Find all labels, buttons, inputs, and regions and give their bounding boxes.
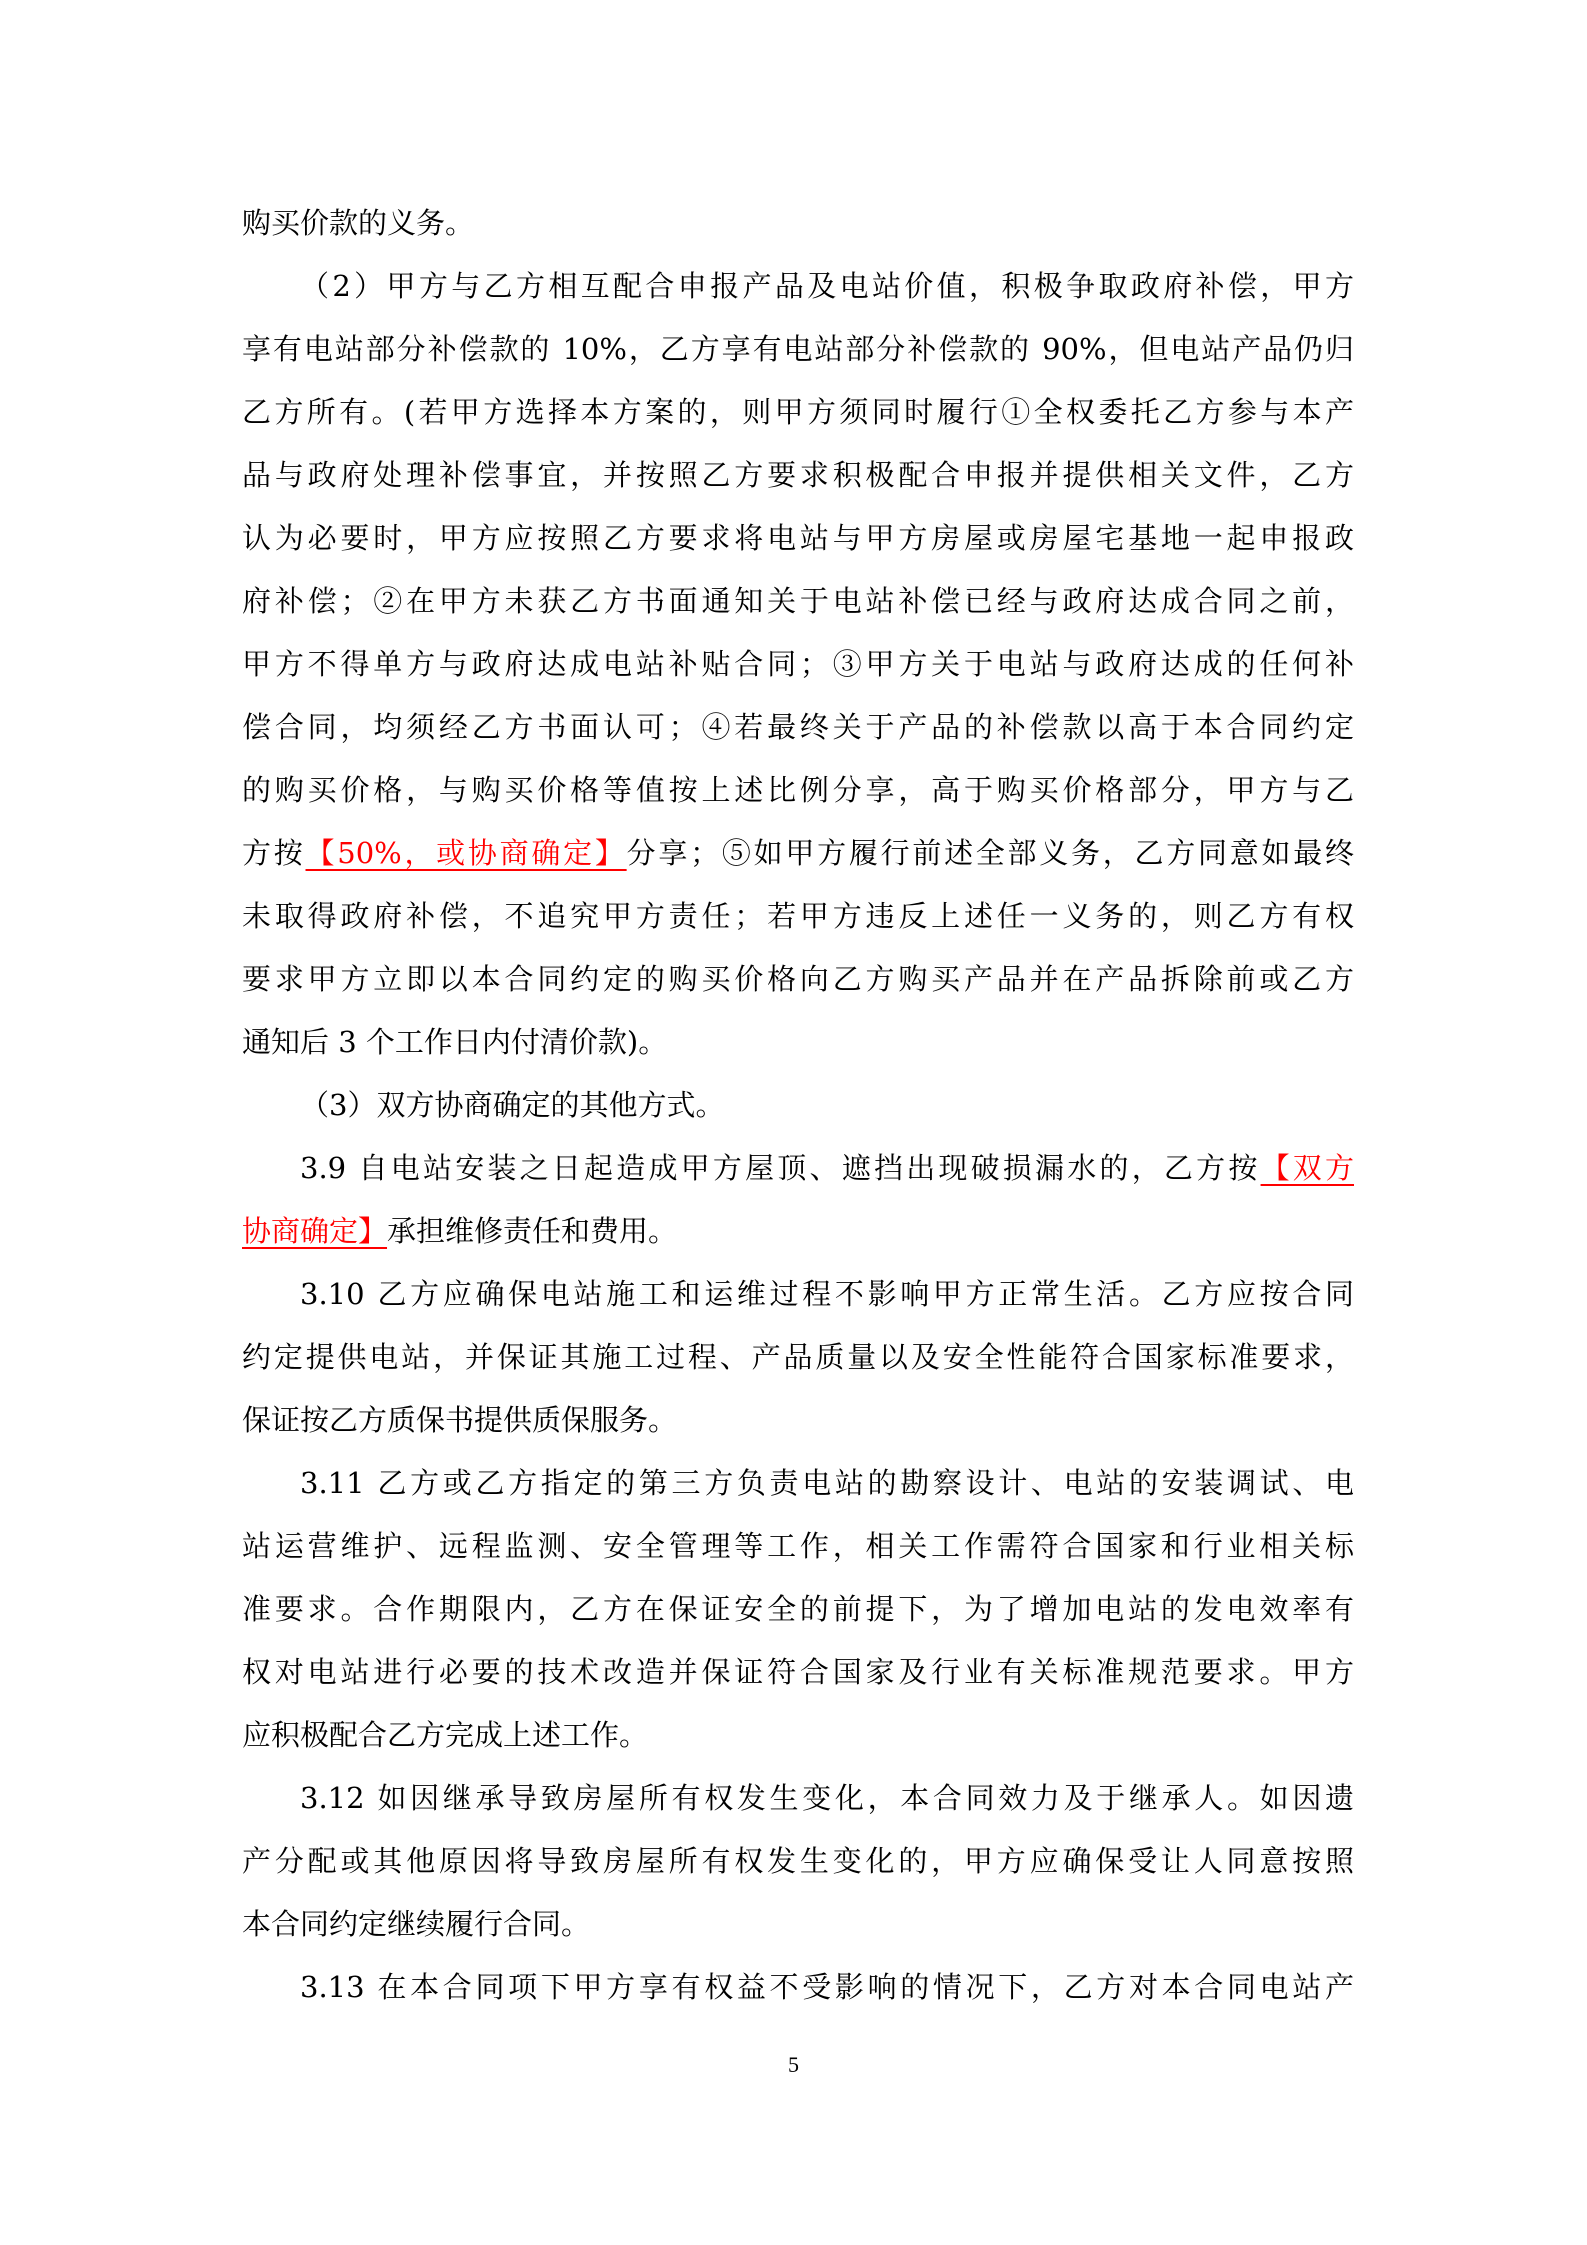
text-segment: 分享；⑤如甲方履行前述全部义务，乙方同意如最终 <box>627 836 1354 870</box>
text-line: 未取得政府补偿，不追究甲方责任；若甲方违反上述任一义务的，则乙方有权 <box>242 885 1354 948</box>
text-line: 权对电站进行必要的技术改造并保证符合国家及行业有关标准规范要求。甲方 <box>242 1641 1354 1704</box>
paragraph-block-option-2: 购买价款的义务。（2）甲方与乙方相互配合申报产品及电站价值，积极争取政府补偿，甲… <box>242 192 1354 822</box>
text-line: 约定提供电站，并保证其施工过程、产品质量以及安全性能符合国家标准要求， <box>242 1326 1354 1389</box>
text-segment: 3.9 自电站安装之日起造成甲方屋顶、遮挡出现破损漏水的，乙方按 <box>300 1151 1261 1185</box>
text-segment: 承担维修责任和费用。 <box>387 1214 677 1248</box>
text-line: 的购买价格，与购买价格等值按上述比例分享，高于购买价格部分，甲方与乙 <box>242 759 1354 822</box>
text-line: 3.12 如因继承导致房屋所有权发生变化，本合同效力及于继承人。如因遗 <box>242 1767 1354 1830</box>
text-line: 3.10 乙方应确保电站施工和运维过程不影响甲方正常生活。乙方应按合同 <box>242 1263 1354 1326</box>
highlighted-placeholder-share-ratio: 【50%，或协商确定】 <box>306 836 627 870</box>
text-line: 本合同约定继续履行合同。 <box>242 1893 1354 1956</box>
text-line: （3）双方协商确定的其他方式。 <box>242 1074 1354 1137</box>
document-page: 购买价款的义务。（2）甲方与乙方相互配合申报产品及电站价值，积极争取政府补偿，甲… <box>242 192 1354 2019</box>
text-line: 保证按乙方质保书提供质保服务。 <box>242 1389 1354 1452</box>
text-line: 3.13 在本合同项下甲方享有权益不受影响的情况下，乙方对本合同电站产 <box>242 1956 1354 2019</box>
text-line: 准要求。合作期限内，乙方在保证安全的前提下，为了增加电站的发电效率有 <box>242 1578 1354 1641</box>
text-line: 通知后 3 个工作日内付清价款)。 <box>242 1011 1354 1074</box>
text-line: 站运营维护、远程监测、安全管理等工作，相关工作需符合国家和行业相关标 <box>242 1515 1354 1578</box>
text-line: 乙方所有。(若甲方选择本方案的，则甲方须同时履行①全权委托乙方参与本产 <box>242 381 1354 444</box>
text-line: 3.11 乙方或乙方指定的第三方负责电站的勘察设计、电站的安装调试、电 <box>242 1452 1354 1515</box>
text-line: 产分配或其他原因将导致房屋所有权发生变化的，甲方应确保受让人同意按照 <box>242 1830 1354 1893</box>
text-segment: 方按 <box>242 836 306 870</box>
paragraph-block-option-2-cont: 未取得政府补偿，不追究甲方责任；若甲方违反上述任一义务的，则乙方有权要求甲方立即… <box>242 885 1354 1137</box>
text-line: 要求甲方立即以本合同约定的购买价格向乙方购买产品并在产品拆除前或乙方 <box>242 948 1354 1011</box>
text-line: 购买价款的义务。 <box>242 192 1354 255</box>
text-line: 认为必要时，甲方应按照乙方要求将电站与甲方房屋或房屋宅基地一起申报政 <box>242 507 1354 570</box>
text-line: 享有电站部分补偿款的 10%，乙方享有电站部分补偿款的 90%，但电站产品仍归 <box>242 318 1354 381</box>
clause-3-9-line-2: 协商确定】承担维修责任和费用。 <box>242 1200 1354 1263</box>
clause-3-9-line-1: 3.9 自电站安装之日起造成甲方屋顶、遮挡出现破损漏水的，乙方按【双方 <box>242 1137 1354 1200</box>
page-number: 5 <box>0 2052 1587 2078</box>
highlighted-placeholder-repair: 【双方 <box>1261 1151 1354 1185</box>
text-line: 府补偿；②在甲方未获乙方书面通知关于电站补偿已经与政府达成合同之前， <box>242 570 1354 633</box>
text-line-share-clause: 方按【50%，或协商确定】分享；⑤如甲方履行前述全部义务，乙方同意如最终 <box>242 822 1354 885</box>
paragraph-block-clauses-3-10-to-3-13: 3.10 乙方应确保电站施工和运维过程不影响甲方正常生活。乙方应按合同约定提供电… <box>242 1263 1354 2019</box>
text-line: （2）甲方与乙方相互配合申报产品及电站价值，积极争取政府补偿，甲方 <box>242 255 1354 318</box>
text-line: 偿合同，均须经乙方书面认可；④若最终关于产品的补偿款以高于本合同约定 <box>242 696 1354 759</box>
text-line: 应积极配合乙方完成上述工作。 <box>242 1704 1354 1767</box>
text-line: 品与政府处理补偿事宜，并按照乙方要求积极配合申报并提供相关文件，乙方 <box>242 444 1354 507</box>
highlighted-placeholder-repair-cont: 协商确定】 <box>242 1214 387 1248</box>
text-line: 甲方不得单方与政府达成电站补贴合同；③甲方关于电站与政府达成的任何补 <box>242 633 1354 696</box>
